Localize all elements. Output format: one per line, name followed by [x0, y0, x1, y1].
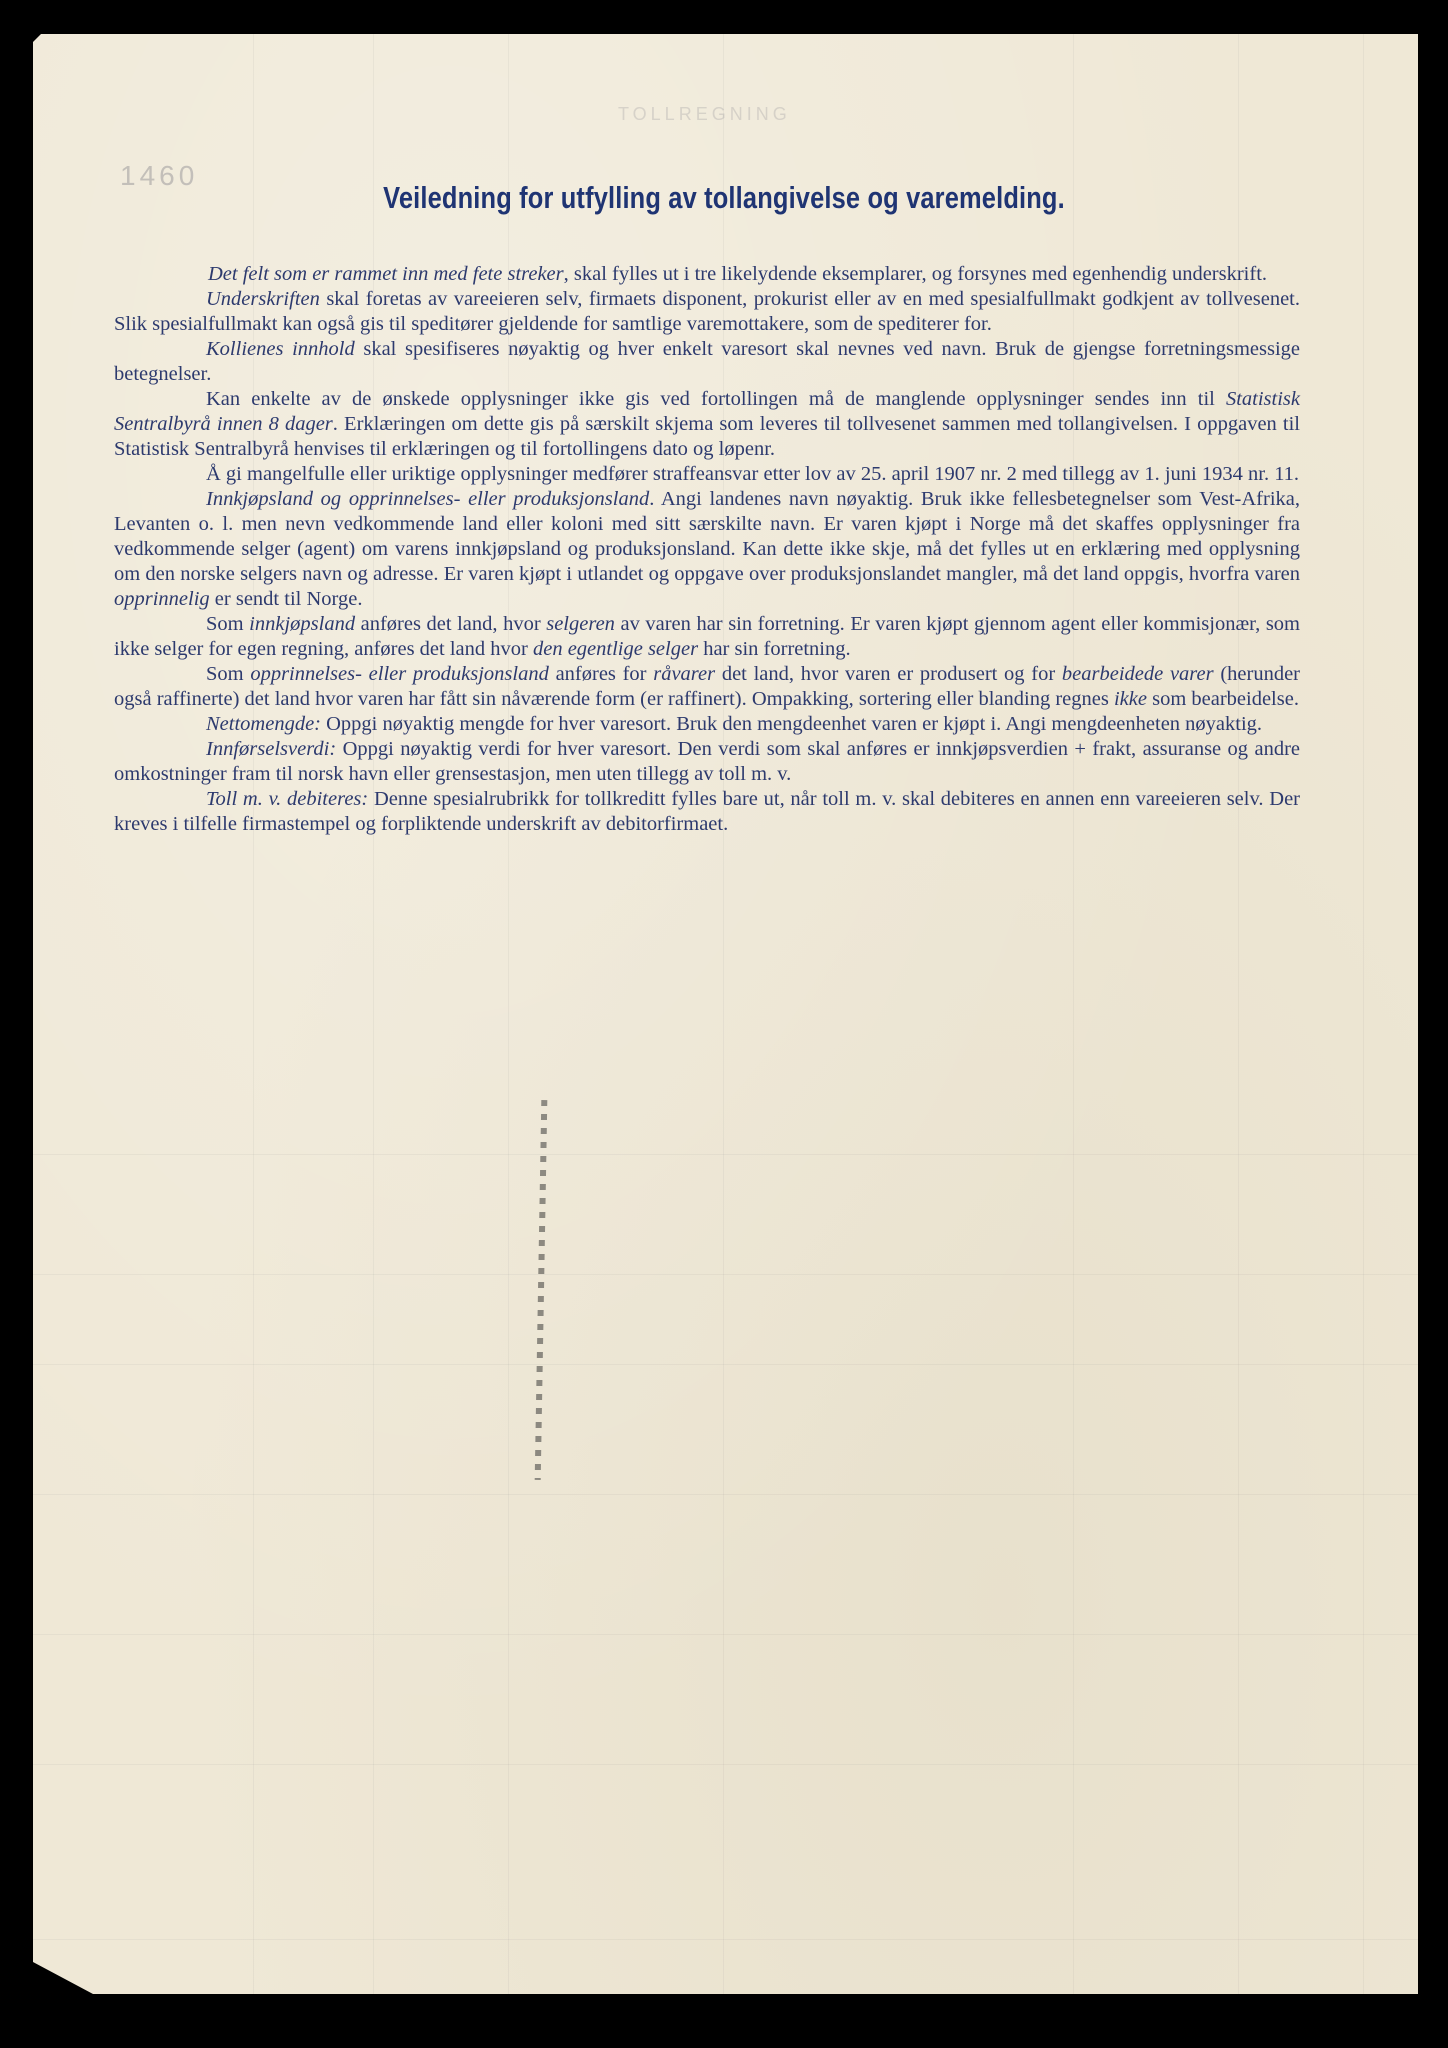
instruction-paragraph-p6: Innkjøpsland og opprinnelses- eller prod… [114, 487, 1300, 612]
instruction-paragraph-p7: Som innkjøpsland anføres det land, hvor … [114, 612, 1300, 662]
paragraph-text: , skal fylles ut i tre likelydende eksem… [564, 263, 1267, 285]
emphasis-term: opprinnelig [114, 588, 210, 610]
paragraph-text: det land, hvor varen er produsert og for [715, 663, 1062, 685]
instruction-paragraph-p8: Som opprinnelses- eller produksjonsland … [114, 662, 1300, 712]
emphasis-term: den egentlige selger [533, 638, 698, 660]
instruction-paragraph-p1: Det felt som er rammet inn med fete stre… [114, 262, 1300, 287]
instruction-paragraph-p5: Å gi mangelfulle eller uriktige opplysni… [114, 462, 1300, 487]
paragraph-text: Som [206, 663, 250, 685]
emphasis-term: Toll m. v. debiteres: [206, 788, 368, 810]
paragraph-text: har sin forretning. [698, 638, 851, 660]
instruction-paragraph-p3: Kollienes innhold skal spesifiseres nøya… [114, 337, 1300, 387]
emphasis-term: Innkjøpsland og opprinnelses- eller prod… [206, 488, 649, 510]
emphasis-term: selgeren [546, 613, 615, 635]
paragraph-text: Å gi mangelfulle eller uriktige opplysni… [206, 463, 1299, 485]
paragraph-text: anføres det land, hvor [355, 613, 546, 635]
paragraph-text: som bearbeidelse. [1147, 688, 1299, 710]
emphasis-term: Det felt som er rammet inn med fete stre… [208, 263, 564, 285]
paragraph-text: Oppgi nøyaktig mengde for hver varesort.… [321, 713, 1262, 735]
emphasis-term: innkjøpsland [249, 613, 355, 635]
paragraph-text: Som [206, 613, 249, 635]
emphasis-term: Kollienes innhold [206, 338, 355, 360]
emphasis-term: ikke [1114, 688, 1147, 710]
paragraph-text: er sendt til Norge. [210, 588, 363, 610]
instruction-paragraph-p4: Kan enkelte av de ønskede opplysninger i… [114, 387, 1300, 462]
paragraph-text: anføres for [549, 663, 653, 685]
instruction-paragraph-p10: Innførselsverdi: Oppgi nøyaktig verdi fo… [114, 737, 1300, 787]
instructions-body: Det felt som er rammet inn med fete stre… [114, 262, 1300, 837]
emphasis-term: Underskriften [206, 288, 320, 310]
instruction-paragraph-p9: Nettomengde: Oppgi nøyaktig mengde for h… [114, 712, 1300, 737]
emphasis-term: Nettomengde: [206, 713, 321, 735]
show-through-heading: TOLLREGNING [618, 104, 791, 125]
emphasis-term: opprinnelses- eller produksjonsland [250, 663, 549, 685]
page-title: Veiledning for utfylling av tollangivels… [130, 180, 1317, 216]
emphasis-term: bearbeidede varer [1062, 663, 1214, 685]
paragraph-text: Kan enkelte av de ønskede opplysninger i… [206, 388, 1226, 410]
instruction-paragraph-p11: Toll m. v. debiteres: Denne spesialrubri… [114, 787, 1300, 837]
instruction-paragraph-p2: Underskriften skal foretas av vareeieren… [114, 287, 1300, 337]
emphasis-term: råvarer [653, 663, 715, 685]
emphasis-term: Innførselsverdi: [206, 738, 336, 760]
